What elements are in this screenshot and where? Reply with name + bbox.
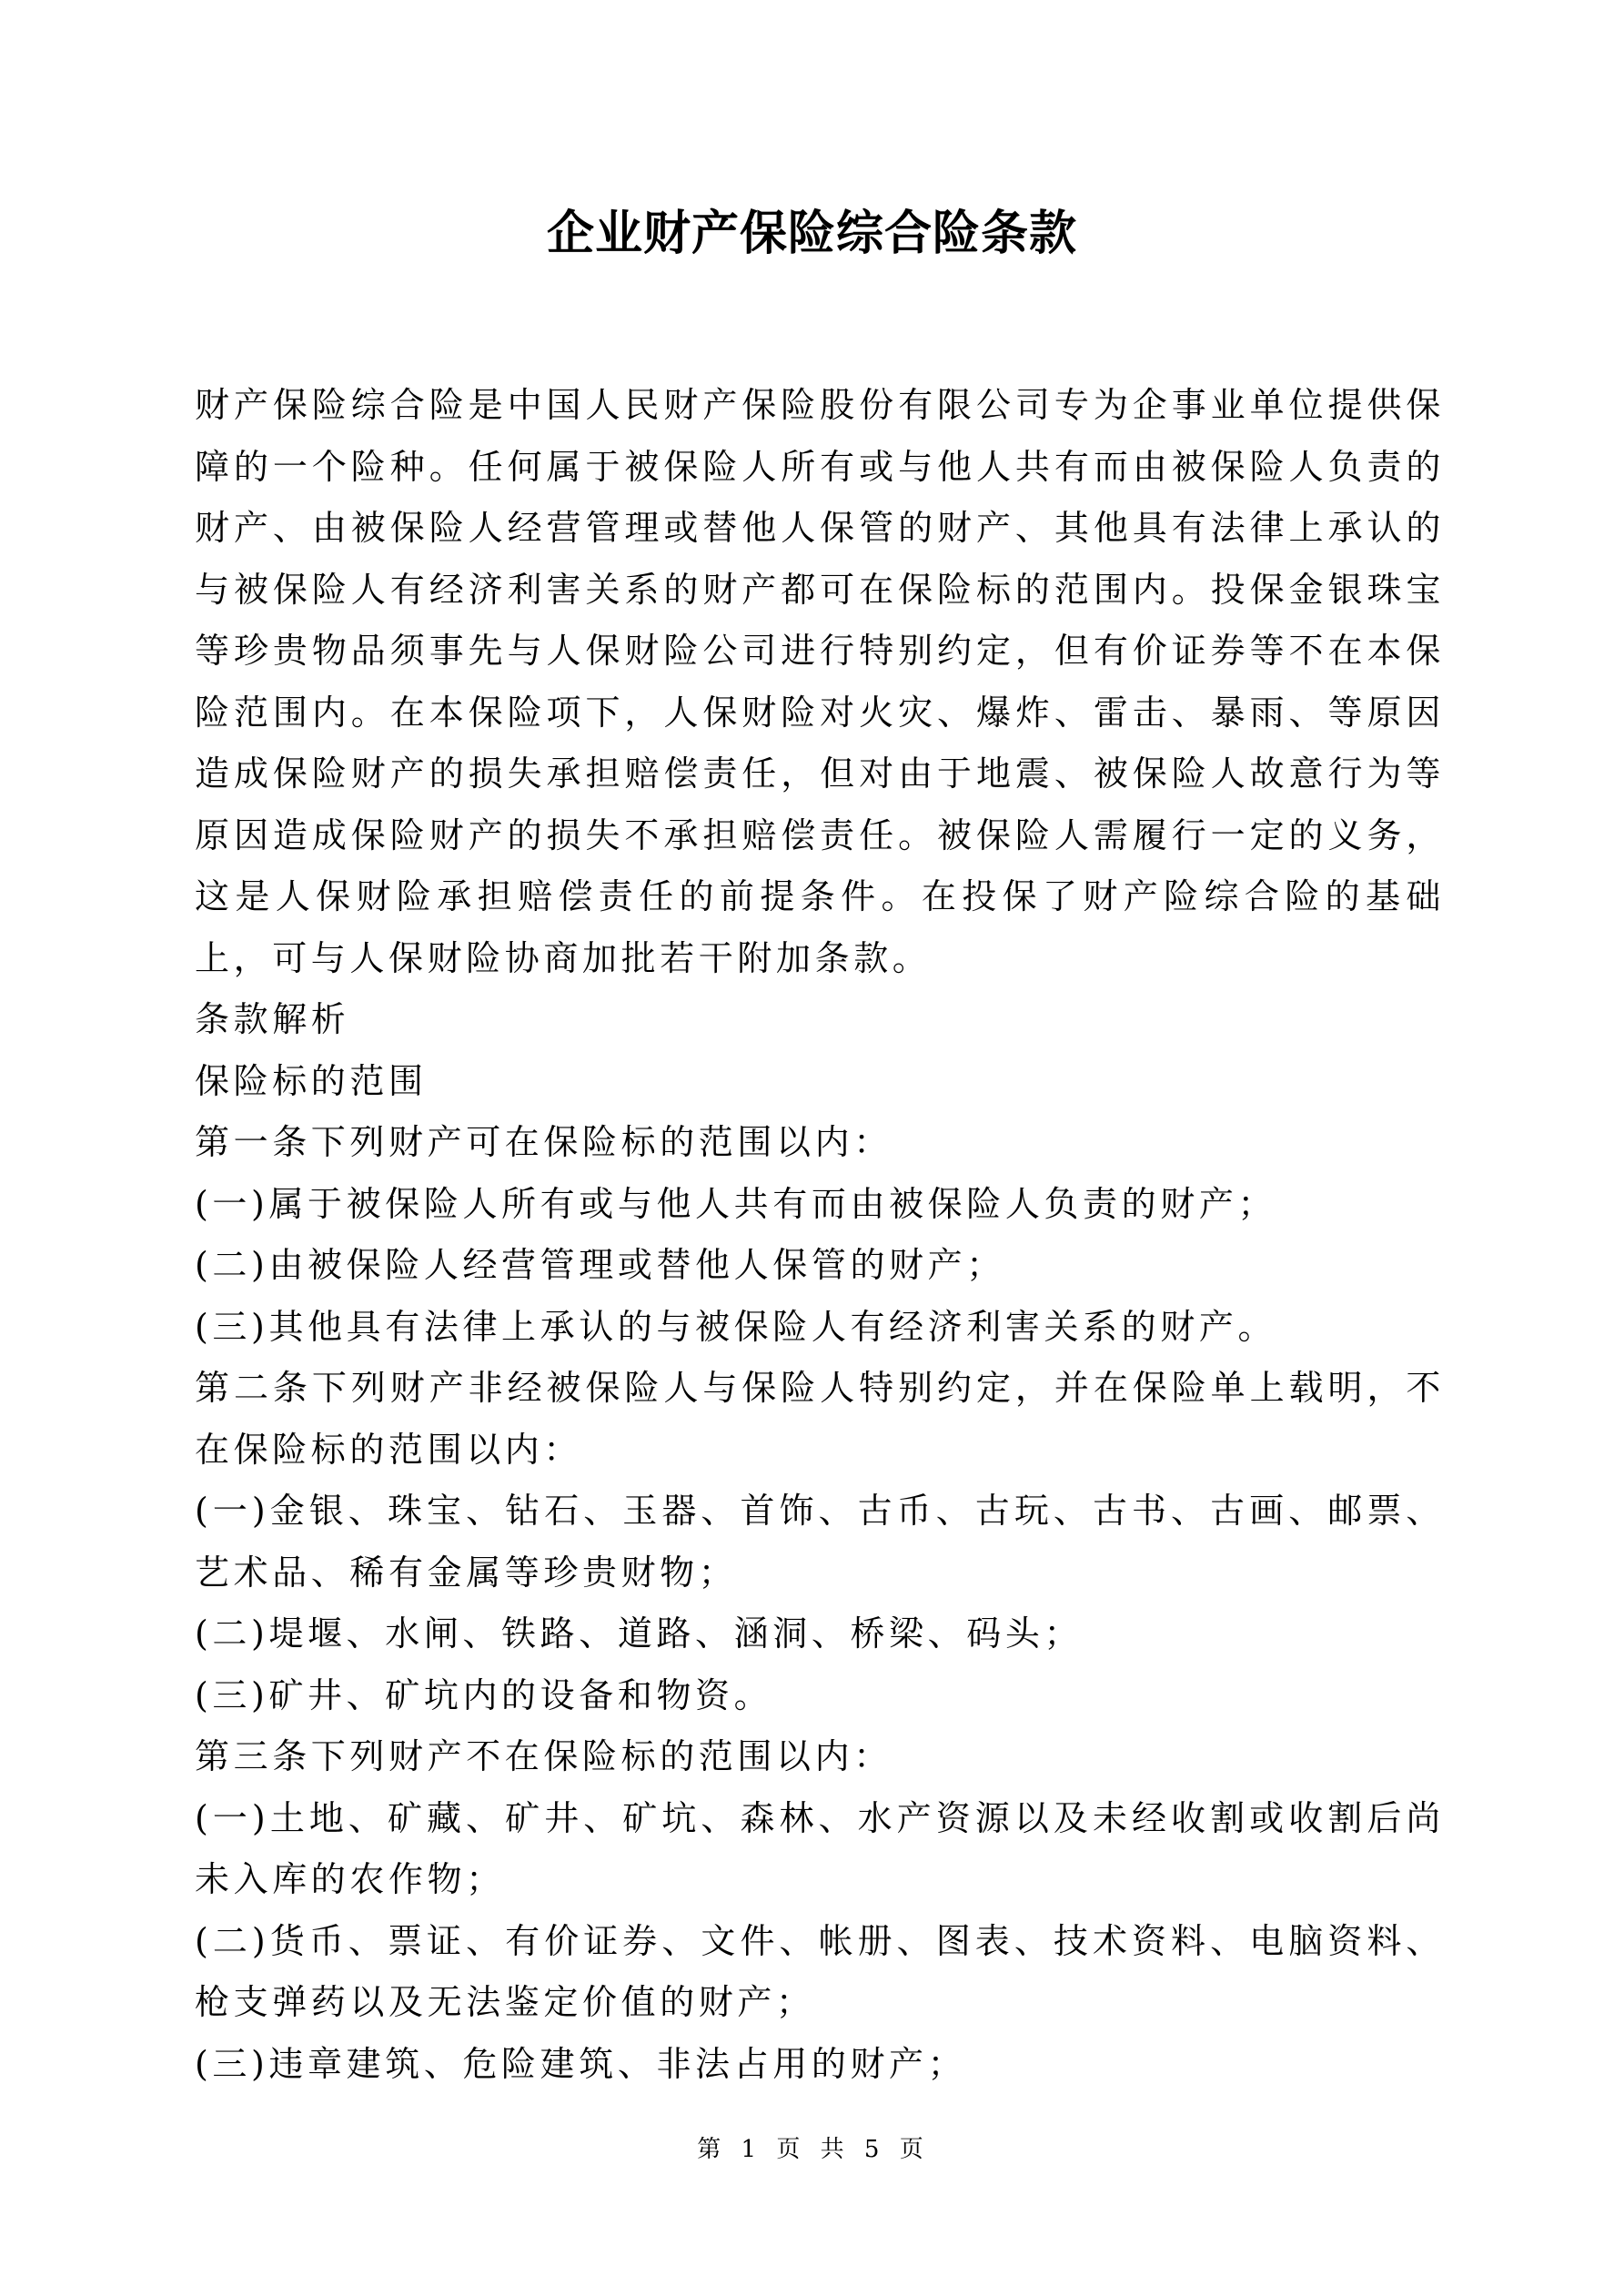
section-heading-insured-scope: 保险标的范围 bbox=[195, 1051, 1445, 1113]
article-3: 第三条下列财产不在保险标的范围以内： bbox=[195, 1726, 1445, 1788]
section-heading-clause-analysis: 条款解析 bbox=[195, 989, 1445, 1051]
article-1-item-2: (二)由被保险人经营管理或替他人保管的财产； bbox=[195, 1235, 1445, 1297]
article-2-item-1: (一)金银、珠宝、钻石、玉器、首饰、古币、古玩、古书、古画、邮票、艺术品、稀有金… bbox=[195, 1481, 1445, 1603]
article-3-item-2: (二)货币、票证、有价证券、文件、帐册、图表、技术资料、电脑资料、枪支弹药以及无… bbox=[195, 1911, 1445, 2034]
intro-paragraph: 财产保险综合险是中国人民财产保险股份有限公司专为企事业单位提供保障的一个险种。任… bbox=[195, 375, 1445, 989]
article-3-item-3: (三)违章建筑、危险建筑、非法占用的财产； bbox=[195, 2034, 1445, 2096]
article-1-item-1: (一)属于被保险人所有或与他人共有而由被保险人负责的财产； bbox=[195, 1174, 1445, 1236]
article-2-item-2: (二)堤堰、水闸、铁路、道路、涵洞、桥梁、码头； bbox=[195, 1603, 1445, 1665]
page-number-footer: 第 1 页 共 5 页 bbox=[0, 2133, 1624, 2166]
article-1-item-3: (三)其他具有法律上承认的与被保险人有经济利害关系的财产。 bbox=[195, 1297, 1445, 1359]
article-2-item-3: (三)矿井、矿坑内的设备和物资。 bbox=[195, 1665, 1445, 1727]
document-body: 财产保险综合险是中国人民财产保险股份有限公司专为企事业单位提供保障的一个险种。任… bbox=[195, 375, 1445, 2095]
document-page: 企业财产保险综合险条款 财产保险综合险是中国人民财产保险股份有限公司专为企事业单… bbox=[0, 0, 1624, 2296]
article-2: 第二条下列财产非经被保险人与保险人特别约定，并在保险单上载明，不在保险标的范围以… bbox=[195, 1358, 1445, 1481]
article-1: 第一条下列财产可在保险标的范围以内： bbox=[195, 1112, 1445, 1174]
article-3-item-1: (一)土地、矿藏、矿井、矿坑、森林、水产资源以及未经收割或收割后尚未入库的农作物… bbox=[195, 1788, 1445, 1911]
document-title: 企业财产保险综合险条款 bbox=[0, 202, 1624, 266]
